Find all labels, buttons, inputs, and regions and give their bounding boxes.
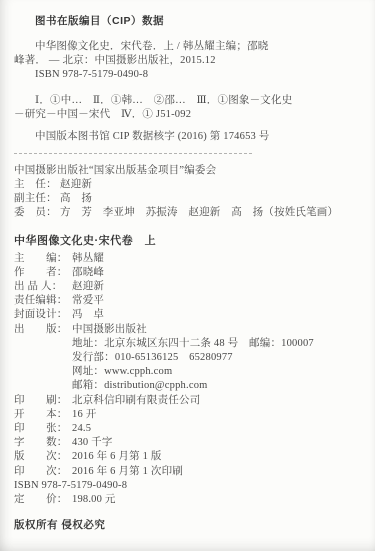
cip-record-line: 中国版本图书馆 CIP 数据核字 (2016) 第 174653 号 (14, 130, 359, 144)
committee-row-value: 方 芳 李亚坤 苏振涛 赵迎新 高 扬（按姓氏笔画） (60, 206, 359, 220)
info-row-value: 430 千字 (72, 436, 359, 450)
committee-row: 副主任： 高 扬 (14, 192, 359, 206)
info-row: 印 刷： 北京科信印刷有限责任公司 (14, 394, 359, 408)
info-row-address: 地址： 北京东城区东四十二条 48 号 邮编：100007 (14, 337, 359, 351)
info-row-value: 北京东城区东四十二条 48 号 邮编：100007 (104, 337, 359, 351)
book-title: 中华图像文化史·宋代卷 上 (14, 234, 359, 248)
committee-title: 中国摄影出版社“国家出版基金项目”编委会 (14, 164, 359, 178)
info-row-label: 字 数： (14, 436, 72, 450)
info-row-value: 中国摄影出版社 (72, 323, 359, 337)
committee-row-value: 赵迎新 (60, 178, 359, 192)
copyright-notice: 版权所有 侵权必究 (14, 518, 359, 532)
info-row-value: 常爱平 (72, 294, 359, 308)
info-row: 印 次： 2016 年 6 月第 1 次印刷 (14, 465, 359, 479)
committee-row: 委 员： 方 芳 李亚坤 苏振涛 赵迎新 高 扬（按姓氏笔画） (14, 206, 359, 220)
info-row-value: www.cpph.com (104, 365, 359, 379)
cip-title-line-2: 峰著． — 北京：中国摄影出版社，2015.12 (14, 54, 359, 68)
info-row-value: 198.00 元 (72, 493, 359, 507)
info-row-label: 印 刷： (14, 394, 72, 408)
info-row: 主 编： 韩丛耀 (14, 252, 359, 266)
info-row-value: 邵晓峰 (72, 266, 359, 280)
info-row-website: 网址： www.cpph.com (14, 365, 359, 379)
info-row-value: 010-65136125 65280977 (115, 351, 359, 365)
info-row-label: 出 版： (14, 323, 72, 337)
info-row-value: 赵迎新 (72, 280, 359, 294)
cip-title-line-1: 中华图像文化史．宋代卷．上 / 韩丛耀主编；邵晓 (14, 40, 359, 54)
committee-row-label: 主 任： (14, 178, 60, 192)
info-row: 印 张： 24.5 (14, 422, 359, 436)
info-row-label: 责任编辑： (14, 294, 72, 308)
info-row-label: 发行部： (72, 351, 115, 365)
committee-row-label: 副主任： (14, 192, 60, 206)
info-row: 定 价： 198.00 元 (14, 493, 359, 507)
info-row-value: 韩丛耀 (72, 252, 359, 266)
isbn-text: ISBN 978-7-5179-0490-8 (14, 479, 359, 493)
info-row-value: 24.5 (72, 422, 359, 436)
info-row-distribution: 发行部： 010-65136125 65280977 (14, 351, 359, 365)
info-row-value: distribution@cpph.com (104, 379, 359, 393)
info-row-label: 开 本： (14, 408, 72, 422)
info-row: 字 数： 430 千字 (14, 436, 359, 450)
info-row-value: 2016 年 6 月第 1 版 (72, 450, 359, 464)
info-row-value: 2016 年 6 月第 1 次印刷 (72, 465, 359, 479)
info-row-label: 版 次： (14, 450, 72, 464)
cip-class-line-1: Ⅰ．①中… Ⅱ．①韩… ②邵… Ⅲ．①图象－文化史 (14, 94, 359, 108)
info-row-isbn: ISBN 978-7-5179-0490-8 (14, 479, 359, 493)
info-row: 作 者： 邵晓峰 (14, 266, 359, 280)
info-row: 封面设计： 冯 卓 (14, 308, 359, 322)
info-row: 出 品 人： 赵迎新 (14, 280, 359, 294)
info-row-label: 封面设计： (14, 308, 72, 322)
info-row-label: 定 价： (14, 493, 72, 507)
info-row: 出 版： 中国摄影出版社 (14, 323, 359, 337)
info-row-label: 主 编： (14, 252, 72, 266)
info-row-label: 作 者： (14, 266, 72, 280)
info-row-email: 邮箱： distribution@cpph.com (14, 379, 359, 393)
copyright-page: 图书在版编目（CIP）数据 中华图像文化史．宋代卷．上 / 韩丛耀主编；邵晓 峰… (0, 0, 375, 551)
info-row-value: 冯 卓 (72, 308, 359, 322)
info-row-value: 16 开 (72, 408, 359, 422)
dashed-divider (14, 153, 252, 154)
info-row: 版 次： 2016 年 6 月第 1 版 (14, 450, 359, 464)
cip-header: 图书在版编目（CIP）数据 (14, 14, 359, 28)
committee-row-value: 高 扬 (60, 192, 359, 206)
committee-row: 主 任： 赵迎新 (14, 178, 359, 192)
info-row-label: 印 次： (14, 465, 72, 479)
info-row: 开 本： 16 开 (14, 408, 359, 422)
info-row-label: 印 张： (14, 422, 72, 436)
info-row-label: 邮箱： (72, 379, 104, 393)
committee-row-label: 委 员： (14, 206, 60, 220)
cip-isbn-line: ISBN 978-7-5179-0490-8 (14, 68, 359, 82)
info-row: 责任编辑： 常爱平 (14, 294, 359, 308)
info-row-label: 出 品 人： (14, 280, 72, 294)
info-row-label: 网址： (72, 365, 104, 379)
info-row-value: 北京科信印刷有限责任公司 (72, 394, 359, 408)
info-row-label: 地址： (72, 337, 104, 351)
cip-class-line-2: －研究－中国－宋代 Ⅳ．① J51-092 (14, 108, 359, 122)
